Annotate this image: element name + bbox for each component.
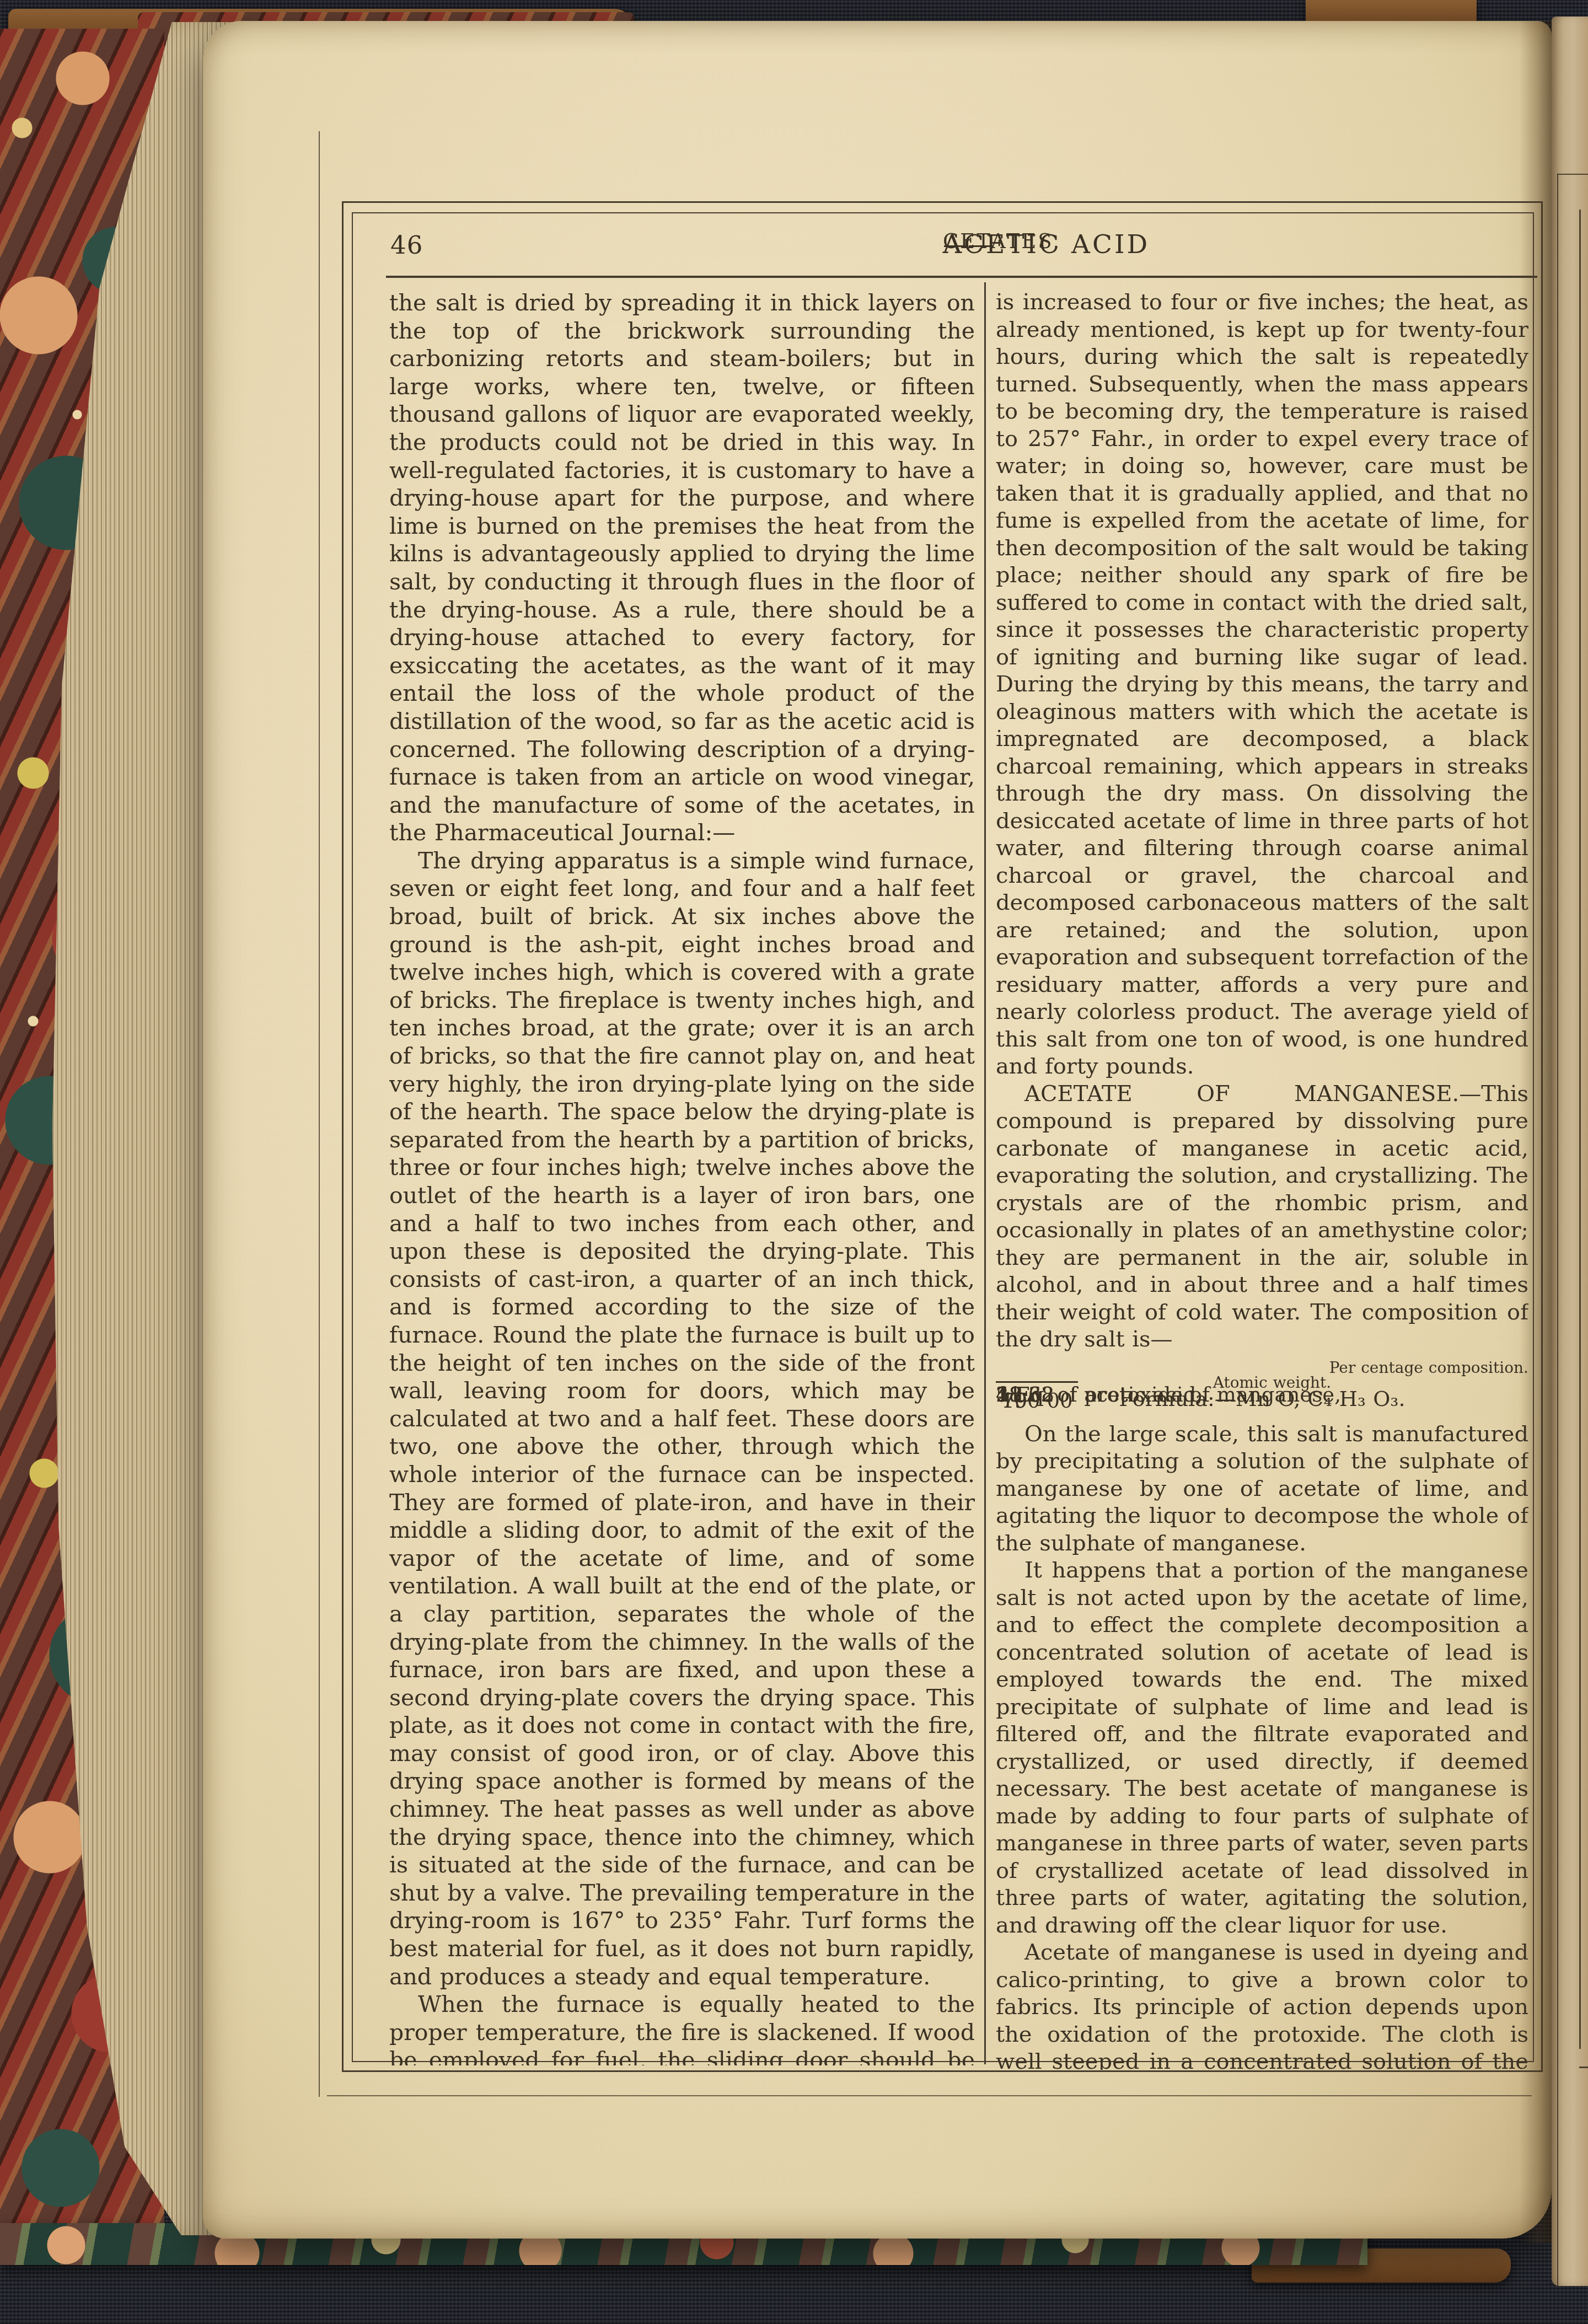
running-head-part2: CETATES. [943, 229, 1061, 253]
underlying-page-line-vertical [319, 131, 320, 2097]
table-header-percent: Per centage composition. [1297, 1358, 1528, 1378]
next-page-frame-line [1557, 174, 1588, 175]
underlying-page-line-horizontal [327, 2095, 1532, 2096]
next-page-edge [1552, 17, 1588, 2286]
table-total-percent-value: 100·00 [996, 1381, 1078, 1415]
paragraph-furnace-heating: When the furnace is equally heated to th… [389, 1990, 975, 2065]
text-column-right: is increased to four or five inches; the… [996, 289, 1528, 2070]
column-divider-rule [984, 282, 986, 2064]
paragraph-large-scale: On the large scale, this salt is manufac… [996, 1421, 1528, 1558]
paragraph-drying-apparatus: The drying apparatus is a simple wind fu… [389, 847, 975, 1990]
paragraph-acetate-of-manganese: ACETATE OF MANGANESE.—This compound is p… [996, 1081, 1528, 1354]
book-page: 46 ACETIC ACID——ACETATES. the salt is dr… [203, 21, 1552, 2239]
composition-table: Atomic weight. Per centage composition. … [996, 1358, 1528, 1415]
paragraph-drying-salt: the salt is dried by spreading it in thi… [389, 289, 975, 847]
paragraph-drying-continued: is increased to four or five inches; the… [996, 289, 1528, 1081]
page-gutter-shadow [1520, 21, 1553, 2243]
text-column-left: the salt is dried by spreading it in thi… [389, 289, 975, 2065]
header-rule [386, 276, 1537, 278]
page-number: 46 [390, 230, 423, 260]
paragraph-dyeing-use: Acetate of manganese is used in dyeing a… [996, 1939, 1528, 2070]
book-scan: 46 ACETIC ACID——ACETATES. the salt is dr… [0, 0, 1588, 2324]
next-page-frame-line [1579, 2067, 1588, 2068]
paragraph-portion-not-acted: It happens that a portion of the mangane… [996, 1557, 1528, 1939]
composition-table-header: Atomic weight. Per centage composition. [996, 1358, 1528, 1378]
next-page-frame-line [1557, 174, 1558, 2286]
next-page-frame-line [1579, 210, 1581, 2049]
